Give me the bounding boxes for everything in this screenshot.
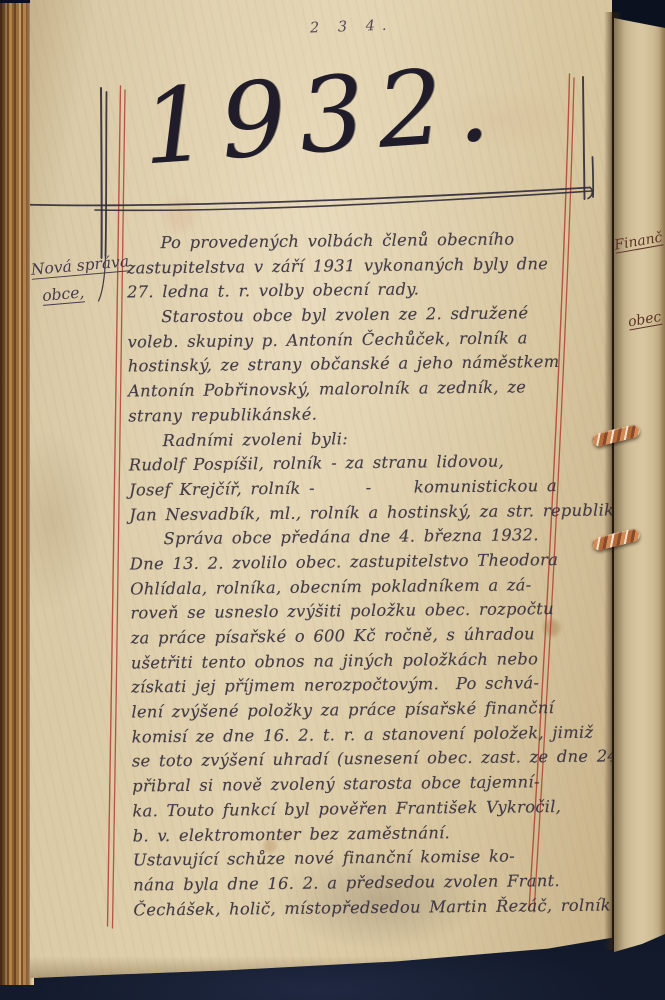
red-margin-line-left — [108, 86, 126, 928]
handwritten-line: Čechášek, holič, místopředsedou Martin Ř… — [133, 893, 611, 923]
page-number: 2 3 4. — [310, 19, 394, 36]
chronicle-text: Po provedených volbách členů obecníhozas… — [126, 227, 611, 923]
next-page-margin-note: Finanč obec — [614, 173, 665, 386]
next-page-sliver: Finanč obec — [614, 0, 665, 1000]
page-edge-stack — [0, 3, 34, 985]
margin-note-line: obec — [626, 301, 665, 335]
year-heading: 1932. — [138, 48, 505, 186]
chronicle-page: 2 3 4. 1932. Nová správa obce, Po proved… — [30, 0, 612, 982]
book-photo: 2 3 4. 1932. Nová správa obce, Po proved… — [0, 0, 665, 1000]
margin-note-line: Finanč — [614, 225, 665, 259]
